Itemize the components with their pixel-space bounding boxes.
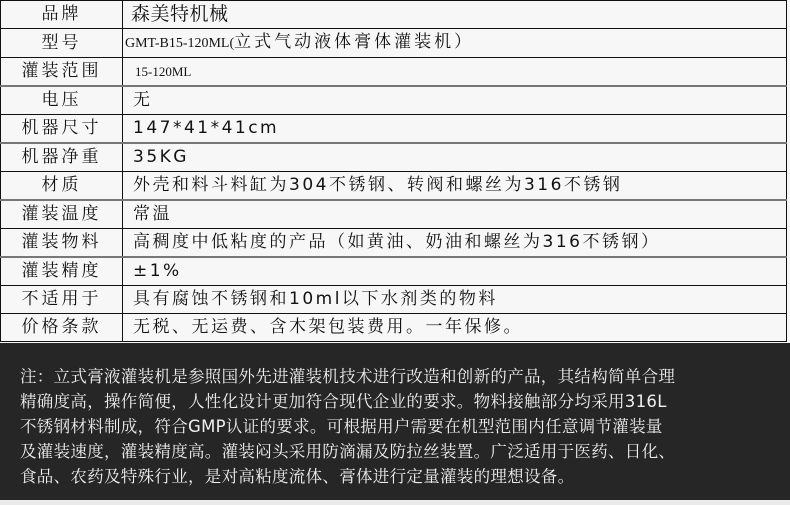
spec-table: 品牌 森美特机械 型号 GMT-B15-120ML(立式气动液体膏体灌装机） 灌…: [0, 0, 787, 342]
model-description: 立式气动液体膏体灌装机）: [234, 32, 474, 52]
fill-material-value: 高稠度中低粘度的产品（如黄油、奶油和螺丝为316不锈钢）: [123, 229, 787, 258]
row-label: 灌装物料: [1, 229, 123, 258]
table-row: 灌装精度 ±1%: [1, 257, 787, 286]
row-label: 机器尺寸: [1, 115, 123, 144]
price-terms-value: 无税、无运费、含木架包装费用。一年保修。: [123, 314, 787, 342]
row-label: 电压: [1, 86, 123, 115]
table-row: 不适用于 具有腐蚀不锈钢和10ml以下水剂类的物料: [1, 286, 787, 314]
row-label: 不适用于: [1, 286, 123, 314]
table-row: 机器尺寸 147*41*41cm: [1, 115, 787, 144]
note-line: 不锈钢材料制成，符合GMP认证的要求。可根据用户需要在机型范围内任意调节灌装量: [20, 414, 770, 439]
note-line: 食品、农药及特殊行业，是对高粘度流体、膏体进行定量灌装的理想设备。: [20, 464, 770, 489]
voltage-value: 无: [123, 86, 787, 115]
dimensions-value: 147*41*41cm: [123, 115, 787, 144]
table-row: 电压 无: [1, 86, 787, 115]
temperature-value: 常温: [123, 200, 787, 229]
fill-range-value: 15-120ML: [123, 58, 787, 87]
row-label: 灌装范围: [1, 58, 123, 87]
table-row: 型号 GMT-B15-120ML(立式气动液体膏体灌装机）: [1, 29, 787, 58]
model-value: GMT-B15-120ML(立式气动液体膏体灌装机）: [123, 29, 787, 58]
table-row: 灌装物料 高稠度中低粘度的产品（如黄油、奶油和螺丝为316不锈钢）: [1, 229, 787, 258]
note-line: 及灌装速度，灌装精度高。灌装闷头采用防滴漏及防拉丝装置。广泛适用于医药、日化、: [20, 439, 770, 464]
row-label: 灌装精度: [1, 257, 123, 286]
row-label: 机器净重: [1, 143, 123, 172]
table-row: 材质 外壳和料斗料缸为304不锈钢、转阀和螺丝为316不锈钢: [1, 172, 787, 201]
material-value: 外壳和料斗料缸为304不锈钢、转阀和螺丝为316不锈钢: [123, 172, 787, 201]
bottom-strip: [0, 500, 790, 505]
brand-value: 森美特机械: [123, 1, 787, 29]
row-label: 价格条款: [1, 314, 123, 342]
accuracy-value: ±1%: [123, 257, 787, 286]
table-row: 价格条款 无税、无运费、含木架包装费用。一年保修。: [1, 314, 787, 342]
table-row: 机器净重 35KG: [1, 143, 787, 172]
table-row: 灌装范围 15-120ML: [1, 58, 787, 87]
not-suitable-value: 具有腐蚀不锈钢和10ml以下水剂类的物料: [123, 286, 787, 314]
row-label: 型号: [1, 29, 123, 58]
table-row: 品牌 森美特机械: [1, 1, 787, 29]
row-label: 材质: [1, 172, 123, 201]
row-label: 品牌: [1, 1, 123, 29]
note-line: 注：立式膏液灌装机是参照国外先进灌装机技术进行改造和创新的产品，其结构简单合理: [20, 364, 770, 389]
note-line: 精确度高，操作简便，人性化设计更加符合现代企业的要求。物料接触部分均采用316L: [20, 389, 770, 414]
note-box: 注：立式膏液灌装机是参照国外先进灌装机技术进行改造和创新的产品，其结构简单合理 …: [0, 343, 790, 500]
table-row: 灌装温度 常温: [1, 200, 787, 229]
row-label: 灌装温度: [1, 200, 123, 229]
weight-value: 35KG: [123, 143, 787, 172]
model-code: GMT-B15-120ML(: [125, 36, 234, 51]
